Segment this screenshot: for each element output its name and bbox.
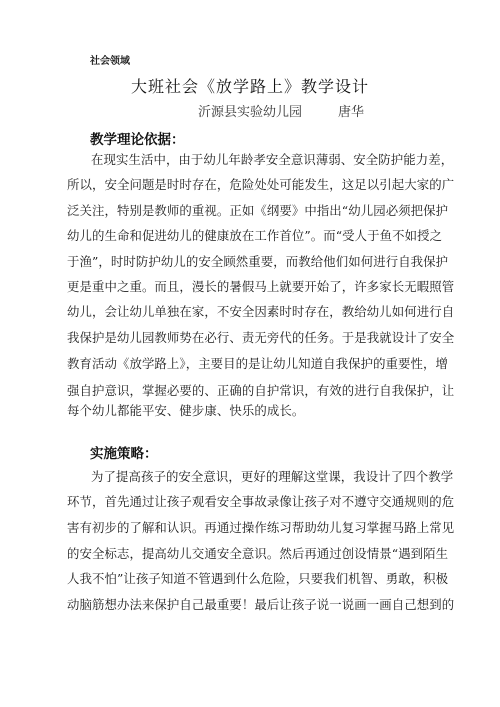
paragraph-line: 环节，首先通过让孩子观看安全事故录像让孩子对不遵守交通规则的危: [67, 494, 431, 510]
paragraph-line: 更是重中之重。而且，漫长的暑假马上就要开始了，许多家长无暇照管: [67, 279, 431, 295]
domain-label: 社会领域: [90, 52, 130, 67]
section-heading-theory: 教学理论依据：: [90, 128, 185, 148]
section-heading-strategy: 实施策略：: [90, 442, 158, 462]
paragraph-line: 泛关注，特别是教师的重视。正如《纲要》中指出“幼儿园必须把保护: [67, 203, 431, 219]
paragraph-line: 为了提高孩子的安全意识，更好的理解这堂课，我设计了四个教学: [91, 469, 431, 485]
paragraph-line: 幼儿，会让幼儿单独在家，不安全因素时时存在，教给幼儿如何进行自: [67, 304, 431, 320]
paragraph-line: 动脑筋想办法来保护自己最重要！最后让孩子说一说画一画自己想到的: [67, 597, 431, 613]
paragraph-line: 在现实生活中，由于幼儿年龄孝安全意识薄弱、安全防护能力差，: [91, 152, 431, 168]
author-name: 唐华: [338, 105, 364, 120]
paragraph-line: 每个幼儿都能平安、健步康、快乐的成长。: [67, 403, 431, 419]
paragraph-line: 于渔”，时时防护幼儿的安全顾然重要，而教给他们如何进行自我保护: [67, 254, 431, 270]
paragraph-line: 害有初步的了解和认识。再通过操作练习帮助幼儿复习掌握马路上常见: [67, 520, 431, 536]
author-school: 沂源县实验幼儿园: [198, 105, 302, 120]
paragraph-line: 教育活动《放学路上》，主要目的是让幼儿知道自我保护的重要性，增: [67, 356, 431, 372]
paragraph-line: 强自护意识，掌握必要的、正确的自护常识，有效的进行自我保护，让: [67, 383, 431, 399]
paragraph-line: 我保护是幼儿园教师势在必行、责无旁代的任务。于是我就设计了安全: [67, 330, 431, 346]
author-line: 沂源县实验幼儿园唐华: [198, 101, 364, 120]
document-title: 大班社会《放学路上》教学设计: [0, 74, 500, 97]
paragraph-line: 所以，安全问题是时时存在，危险处处可能发生，这足以引起大家的广: [67, 177, 431, 193]
paragraph-line: 人我不怕”让孩子知道不管遇到什么危险，只要我们机智、勇敢，积极: [67, 571, 431, 587]
paragraph-line: 幼儿的生命和促进幼儿的健康放在工作首位”。而“受人于鱼不如授之: [67, 228, 431, 244]
paragraph-line: 的安全标志，提高幼儿交通安全意识。然后再通过创设情景“遇到陌生: [67, 546, 431, 562]
